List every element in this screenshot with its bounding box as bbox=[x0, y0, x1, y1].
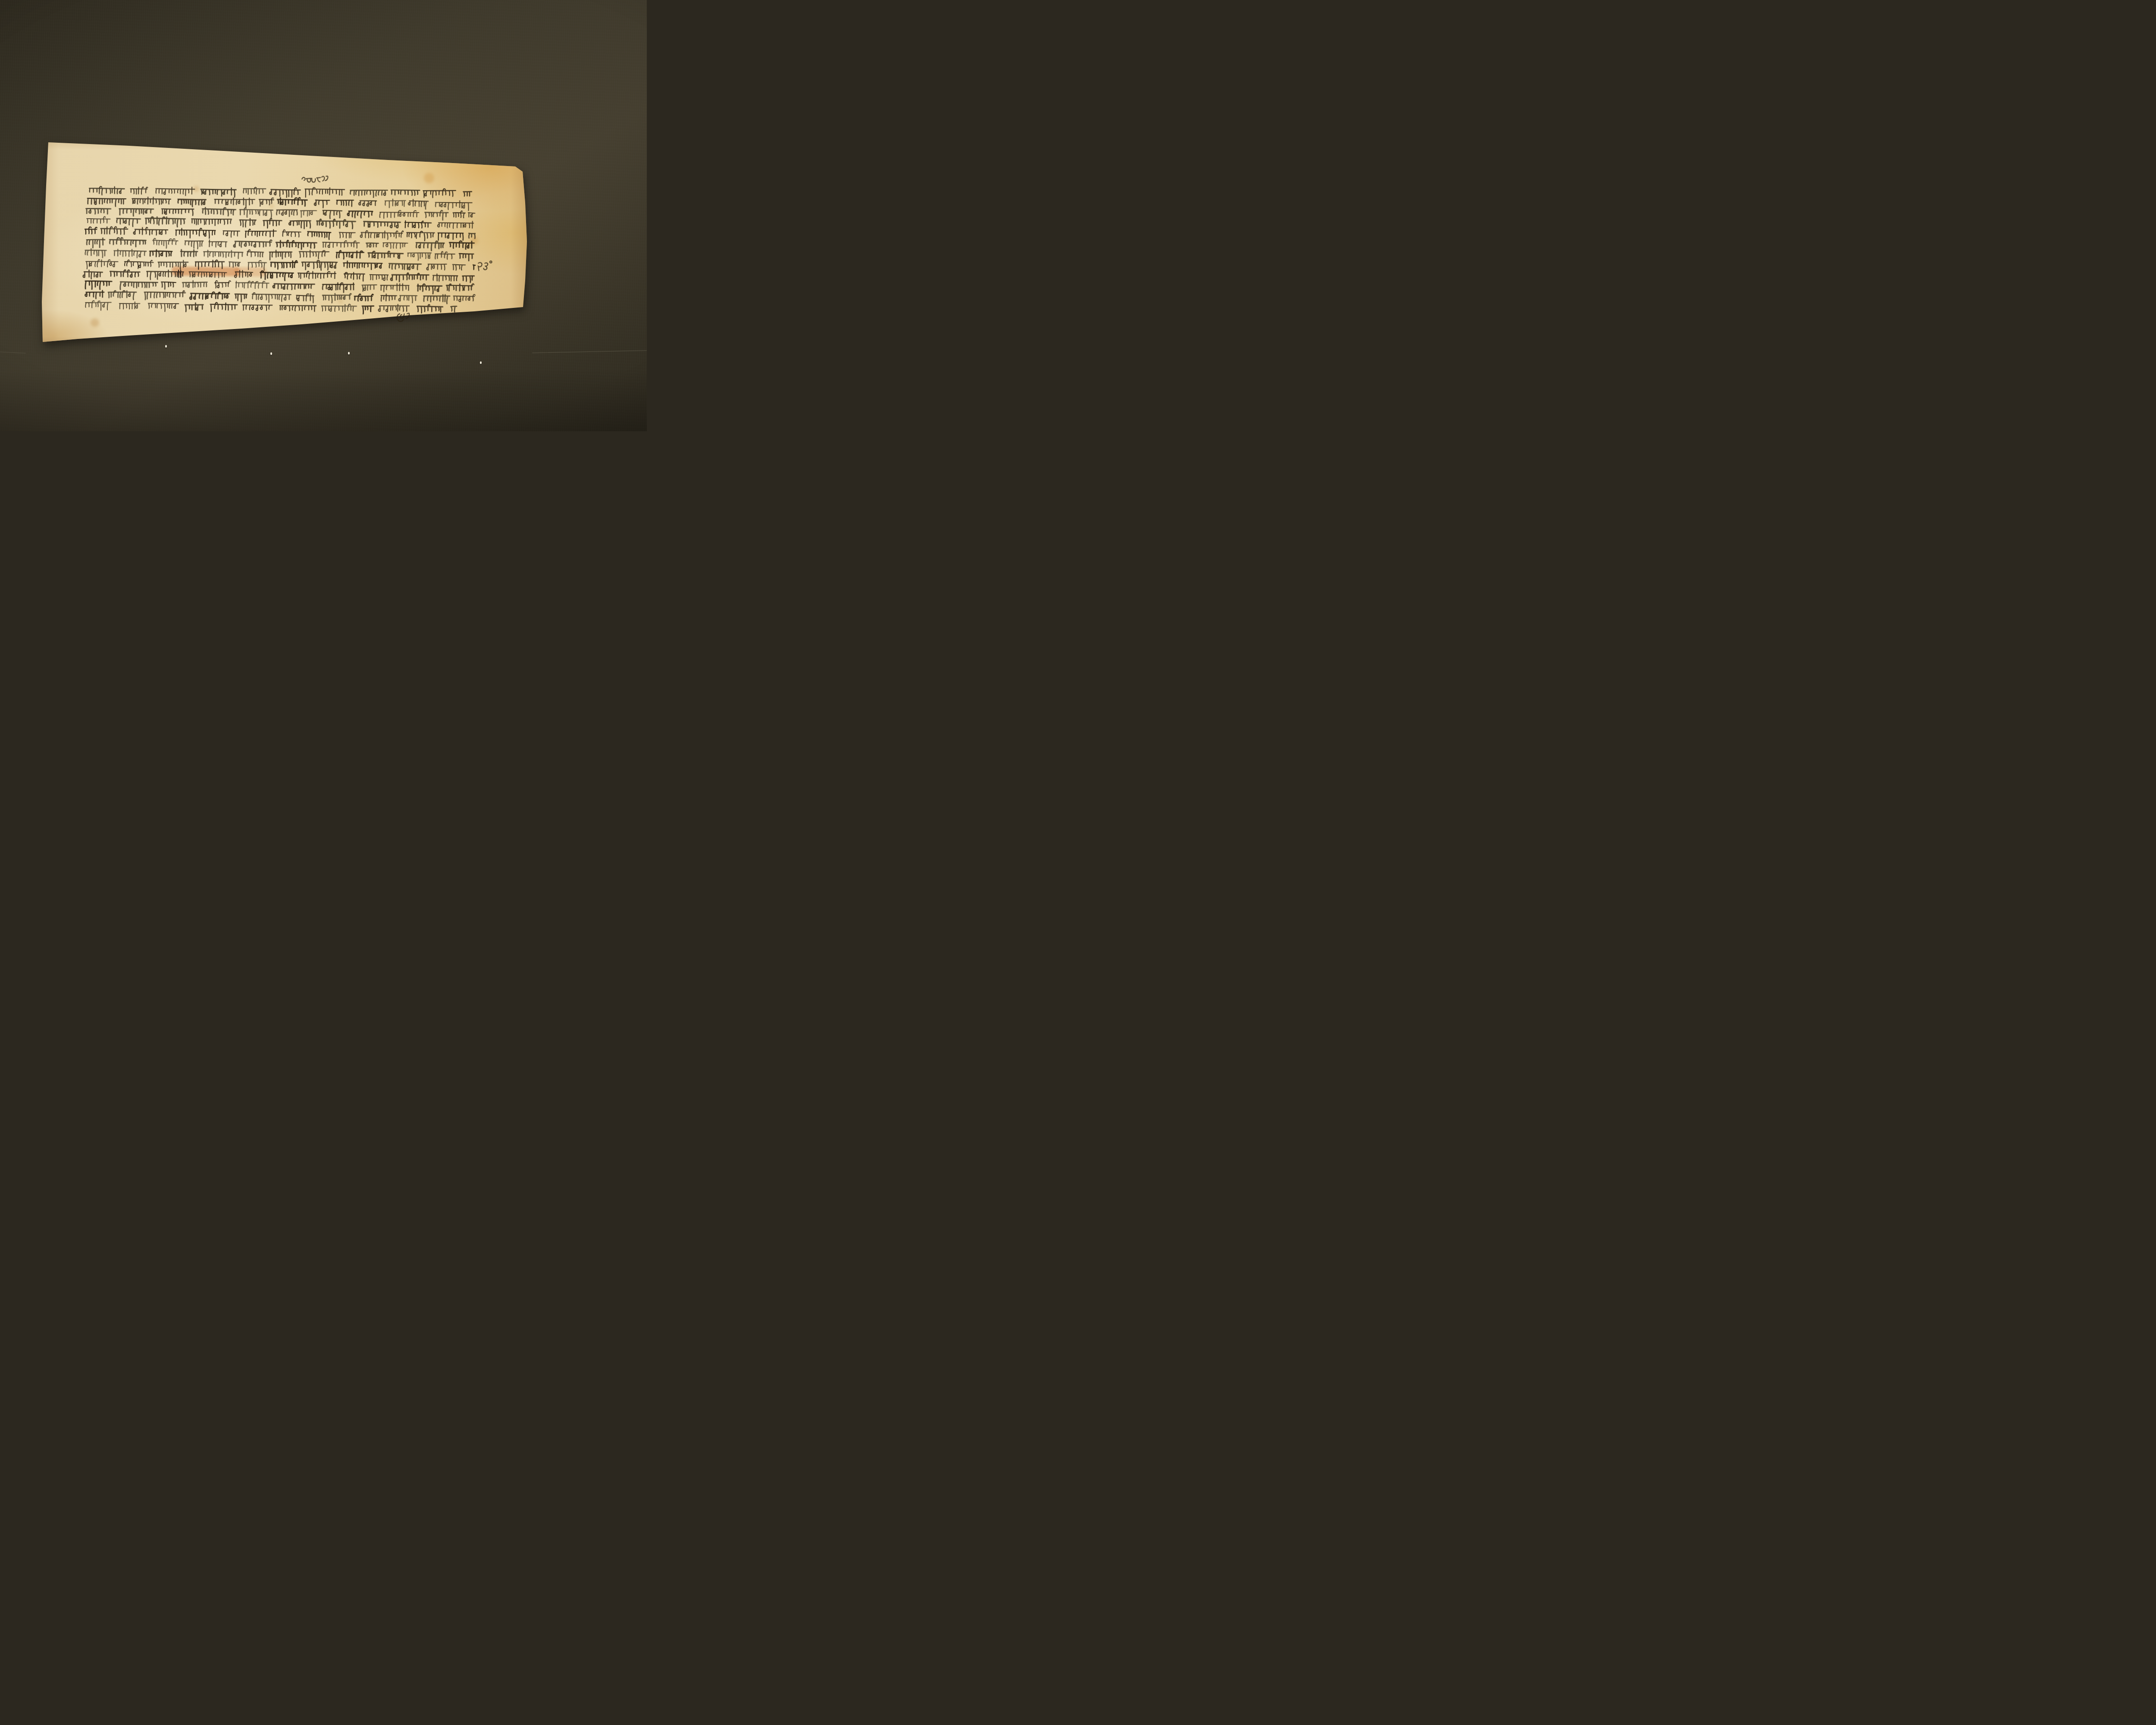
stain-spot bbox=[91, 318, 99, 327]
stain-spot bbox=[424, 173, 434, 183]
manuscript-folio-wrap bbox=[39, 137, 530, 349]
white-pin bbox=[270, 352, 272, 355]
stain-spot bbox=[269, 204, 274, 208]
stain-spot bbox=[470, 237, 478, 245]
white-pin bbox=[165, 345, 167, 348]
stain-spot bbox=[193, 186, 199, 192]
white-pin bbox=[480, 361, 482, 364]
photo-canvas: এবন্তু১ ৯৮৹ বে১ বাগ্স দেবাহ্ন নামুক্তং h… bbox=[0, 0, 647, 431]
paper-edge-shading bbox=[39, 137, 530, 349]
stain-spot bbox=[141, 226, 144, 229]
stain-spot bbox=[338, 298, 343, 304]
white-pin bbox=[348, 352, 350, 354]
manuscript-folio bbox=[39, 137, 530, 349]
